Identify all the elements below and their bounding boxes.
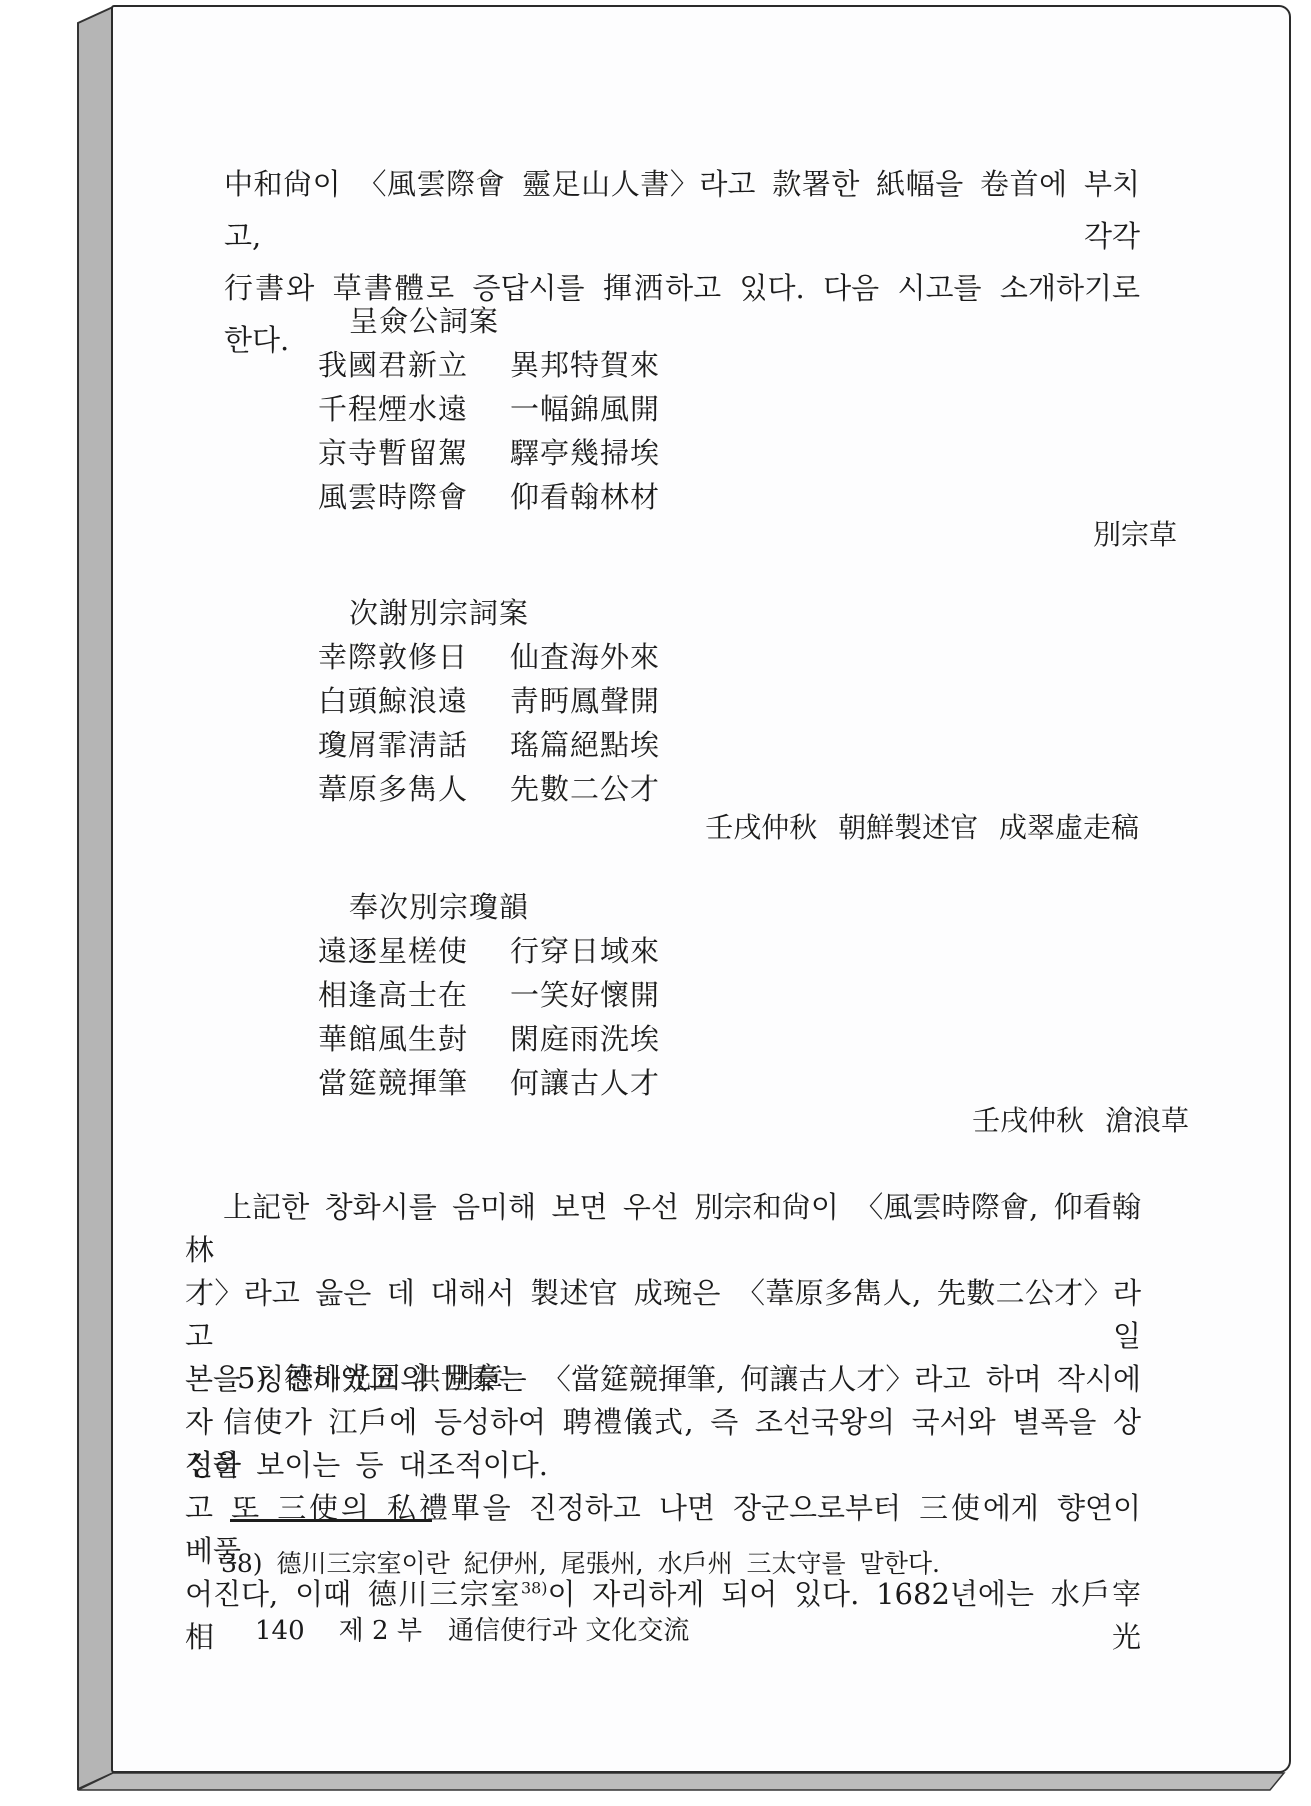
body-line: 信使가 江戶에 등성하여 聘禮儀式, 즉 조선국왕의 국서와 별폭을 상정하	[185, 1401, 1141, 1487]
poem-couplet: 葦原多雋人先數二公才	[318, 767, 660, 811]
commentary-line: 上記한 창화시를 음미해 보면 우선 別宗和尙이 〈風雲時際會, 仰看翰林	[185, 1186, 1141, 1272]
hemistich-left: 瓊屑霏淸話	[318, 723, 510, 767]
footnote-text: 德川三宗室이란 紀伊州, 尾張州, 水戶州 三太守를 말한다.	[277, 1549, 940, 1578]
hemistich-left: 幸際敦修日	[318, 635, 510, 679]
poem-couplet: 相逢高士在一笑好懷開	[318, 973, 660, 1017]
poem-signature: 壬戌仲秋 滄浪草	[972, 1099, 1189, 1139]
hemistich-right: 何讓古人才	[510, 1066, 660, 1100]
hemistich-left: 華館風生尌	[318, 1017, 510, 1061]
poem-block-3: 奉次別宗瓊韻 遠逐星槎使行穿日域來 相逢高士在一笑好懷開 華館風生尌閑庭雨洗埃 …	[318, 885, 660, 1105]
book-page: 中和尙이 〈風雲際會 靈足山人書〉라고 款署한 紙幅을 卷首에 부치고, 각각 …	[111, 5, 1291, 1773]
poem-couplet: 千程煙水遠一幅錦風開	[318, 387, 660, 431]
footnote-marker: 38)	[221, 1549, 263, 1578]
hemistich-right: 仰看翰林材	[510, 480, 660, 514]
poem-couplet: 京寺暫留駕驛亭幾掃埃	[318, 431, 660, 475]
book-bottom-edge	[78, 1773, 1284, 1790]
hemistich-right: 靑眄鳳聲開	[510, 684, 660, 718]
poem-title: 次謝別宗詞案	[349, 591, 660, 635]
hemistich-left: 千程煙水遠	[318, 387, 510, 431]
hemistich-left: 我國君新立	[318, 343, 510, 387]
poem-title: 呈僉公詞案	[349, 299, 660, 343]
hemistich-left: 相逢高士在	[318, 973, 510, 1017]
page-footer: 140제 2 부通信使行과 文化交流	[255, 1610, 689, 1647]
hemistich-right: 先數二公才	[510, 772, 660, 806]
hemistich-left: 當筵競揮筆	[318, 1061, 510, 1105]
commentary-line: 才〉라고 읊은 데 대해서 製述官 成琬은 〈葦原多雋人, 先數二公才〉라고 일	[185, 1272, 1141, 1358]
footnote-rule	[230, 1519, 432, 1522]
intro-line: 中和尙이 〈風雲際會 靈足山人書〉라고 款署한 紙幅을 卷首에 부치고, 각각	[224, 158, 1140, 262]
hemistich-right: 一幅錦風開	[510, 392, 660, 426]
poem-couplet: 遠逐星槎使行穿日域來	[318, 929, 660, 973]
poem-couplet: 當筵競揮筆何讓古人才	[318, 1061, 660, 1105]
hemistich-left: 遠逐星槎使	[318, 929, 510, 973]
poem-signature: 壬戌仲秋 朝鮮製述官 成翠虛走稿	[705, 806, 1139, 846]
poem-couplet: 風雲時際會仰看翰林材	[318, 475, 660, 519]
poem-title: 奉次別宗瓊韻	[349, 885, 660, 929]
footnote: 38) 德川三宗室이란 紀伊州, 尾張州, 水戶州 三太守를 말한다.	[221, 1544, 940, 1580]
poem-block-1: 呈僉公詞案 我國君新立異邦特賀來 千程煙水遠一幅錦風開 京寺暫留駕驛亭幾掃埃 風…	[318, 299, 660, 519]
hemistich-right: 驛亭幾掃埃	[510, 436, 660, 470]
page-number: 140	[255, 1616, 305, 1646]
hemistich-left: 京寺暫留駕	[318, 431, 510, 475]
hemistich-right: 瑤篇絕點埃	[510, 728, 660, 762]
hemistich-right: 異邦特賀來	[510, 348, 660, 382]
poem-couplet: 幸際敦修日仙査海外來	[318, 635, 660, 679]
poem-block-2: 次謝別宗詞案 幸際敦修日仙査海外來 白頭鯨浪遠靑眄鳳聲開 瓊屑霏淸話瑤篇絕點埃 …	[318, 591, 660, 811]
poem-signature: 別宗草	[1093, 513, 1177, 553]
hemistich-right: 閑庭雨洗埃	[510, 1022, 660, 1056]
hemistich-right: 仙査海外來	[510, 640, 660, 674]
section-heading: 5) 德川光圀의 別章	[237, 1356, 503, 1397]
footer-title: 通信使行과 文化交流	[448, 1616, 689, 1646]
poem-couplet: 瓊屑霏淸話瑤篇絕點埃	[318, 723, 660, 767]
footer-part: 제 2 부	[339, 1616, 422, 1646]
poem-couplet: 我國君新立異邦特賀來	[318, 343, 660, 387]
hemistich-right: 行穿日域來	[510, 934, 660, 968]
hemistich-left: 風雲時際會	[318, 475, 510, 519]
body-line-segment: 어진다, 이때 德川三宗室	[185, 1577, 521, 1611]
poem-couplet: 白頭鯨浪遠靑眄鳳聲開	[318, 679, 660, 723]
book-spine-edge	[78, 7, 113, 1789]
hemistich-left: 葦原多雋人	[318, 767, 510, 811]
hemistich-left: 白頭鯨浪遠	[318, 679, 510, 723]
hemistich-right: 一笑好懷開	[510, 978, 660, 1012]
footnote-reference: 38)	[521, 1578, 548, 1597]
poem-couplet: 華館風生尌閑庭雨洗埃	[318, 1017, 660, 1061]
